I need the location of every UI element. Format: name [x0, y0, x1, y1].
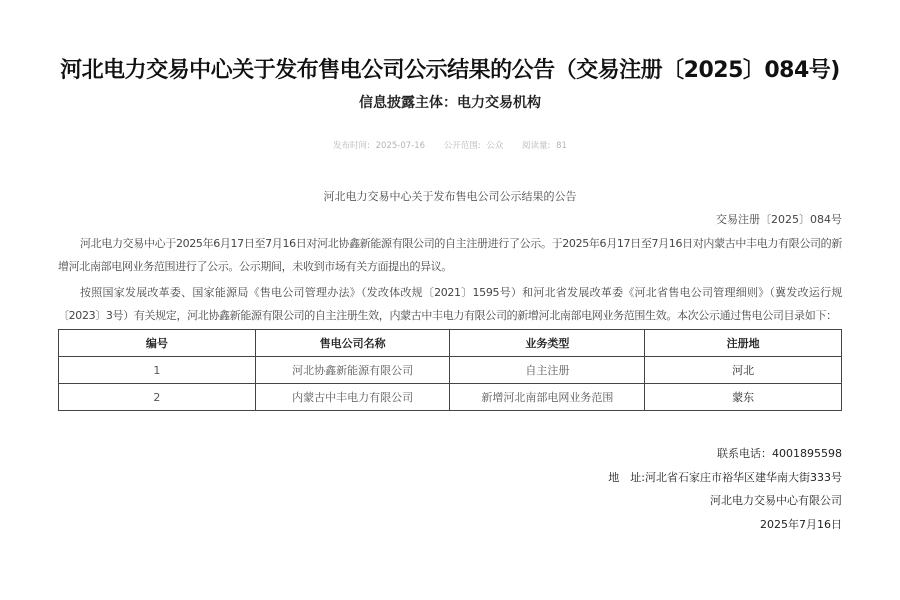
document-number: 交易注册〔2025〕084号 [716, 211, 842, 227]
article-heading: 河北电力交易中心关于发布售电公司公示结果的公告 [0, 188, 900, 204]
view-count-value: 81 [556, 141, 567, 151]
issue-date: 2025年7月16日 [608, 513, 842, 537]
publish-time-label: 发布时间: [333, 141, 370, 151]
publish-time-value: 2025-07-16 [376, 141, 425, 151]
header-region: 注册地 [645, 330, 842, 357]
page-title: 河北电力交易中心关于发布售电公司公示结果的公告（交易注册〔2025〕084号) [0, 53, 900, 84]
address: 地 址:河北省石家庄市裕华区建华南大街333号 [608, 466, 842, 490]
cell-region: 河北 [645, 357, 842, 384]
disclosure-subject: 信息披露主体：电力交易机构 [0, 92, 900, 112]
table-row: 2 内蒙古中丰电力有限公司 新增河北南部电网业务范围 蒙东 [59, 384, 842, 411]
publish-time: 发布时间: 2025-07-16 [333, 141, 428, 151]
public-scope-label: 公开范围: [444, 141, 481, 151]
view-count-label: 阅读量: [522, 141, 550, 151]
cell-company-name: 内蒙古中丰电力有限公司 [255, 384, 450, 411]
cell-business-type: 自主注册 [450, 357, 645, 384]
cell-business-type: 新增河北南部电网业务范围 [450, 384, 645, 411]
article-meta: 发布时间: 2025-07-16 公开范围: 公众 阅读量: 81 [0, 139, 900, 151]
cell-number: 1 [59, 357, 256, 384]
header-number: 编号 [59, 330, 256, 357]
public-scope: 公开范围: 公众 [444, 141, 506, 151]
header-company-name: 售电公司名称 [255, 330, 450, 357]
body-paragraph-1: 河北电力交易中心于2025年6月17日至7月16日对河北协鑫新能源有限公司的自主… [58, 233, 842, 278]
view-count: 阅读量: 81 [522, 141, 567, 151]
signature-block: 联系电话：4001895598 地 址:河北省石家庄市裕华区建华南大街333号 … [608, 442, 842, 536]
cell-company-name: 河北协鑫新能源有限公司 [255, 357, 450, 384]
header-business-type: 业务类型 [450, 330, 645, 357]
body-paragraph-2: 按照国家发展改革委、国家能源局《售电公司管理办法》（发改体改规〔2021〕159… [58, 282, 842, 327]
table-header-row: 编号 售电公司名称 业务类型 注册地 [59, 330, 842, 357]
table-row: 1 河北协鑫新能源有限公司 自主注册 河北 [59, 357, 842, 384]
issuing-organization: 河北电力交易中心有限公司 [608, 489, 842, 513]
public-scope-value: 公众 [486, 141, 503, 151]
cell-region: 蒙东 [645, 384, 842, 411]
cell-number: 2 [59, 384, 256, 411]
company-registry-table: 编号 售电公司名称 业务类型 注册地 1 河北协鑫新能源有限公司 自主注册 河北… [58, 329, 842, 411]
contact-phone: 联系电话：4001895598 [608, 442, 842, 466]
